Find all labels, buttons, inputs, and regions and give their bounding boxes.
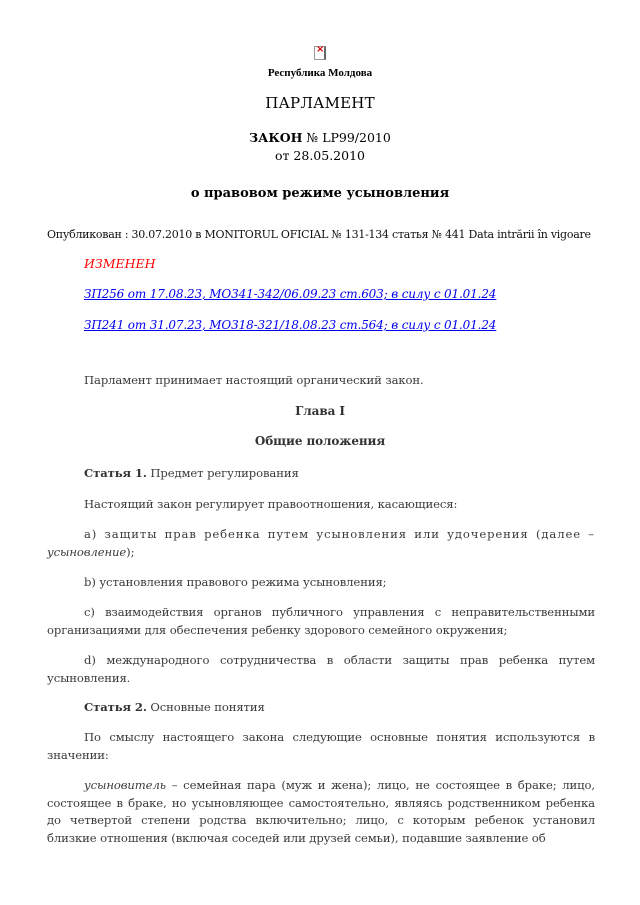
law-date: от 28.05.2010 [0, 148, 640, 163]
article-1-intro: Настоящий закон регулирует правоотношени… [47, 496, 595, 514]
chapter-title: Общие положения [0, 434, 640, 448]
amendment-link-1[interactable]: ЗП256 от 17.08.23, MO341-342/06.09.23 ст… [84, 287, 496, 301]
preamble: Парламент принимает настоящий органическ… [47, 372, 595, 390]
broken-image-icon [314, 46, 326, 60]
publication-info: Опубликован : 30.07.2010 в MONITORUL OFI… [47, 228, 591, 241]
issuing-body: ПАРЛАМЕНТ [0, 94, 640, 112]
chapter-number: Глава I [0, 404, 640, 418]
article-2-intro: По смыслу настоящего закона следующие ос… [47, 729, 595, 764]
law-number-value: № LP99/2010 [306, 130, 390, 145]
country-name: Республика Молдова [0, 67, 640, 79]
law-title: о правовом режиме усыновления [0, 186, 640, 201]
article-1-item-d: d) международного сотрудничества в облас… [47, 652, 595, 687]
term-adoption: усыновление [47, 545, 126, 559]
article-1-item-c: c) взаимодействия органов публичного упр… [47, 604, 595, 639]
article-1-title: Предмет регулирования [150, 466, 298, 480]
law-label: ЗАКОН [249, 130, 302, 145]
law-number: ЗАКОН № LP99/2010 [0, 130, 640, 145]
definition-adopter: усыновитель – семейная пара (муж и жена)… [47, 777, 595, 847]
term-adopter: усыновитель [84, 778, 166, 792]
article-1-item-a: a) защиты прав ребенка путем усыновления… [47, 526, 595, 561]
article-2-heading: Статья 2. Основные понятия [47, 699, 595, 717]
article-2-label: Статья 2. [84, 700, 147, 714]
article-2-title: Основные понятия [150, 700, 264, 714]
article-1-heading: Статья 1. Предмет регулирования [47, 465, 595, 483]
amended-status: ИЗМЕНЕН [84, 256, 156, 271]
article-1-label: Статья 1. [84, 466, 147, 480]
amendment-link-2[interactable]: ЗП241 от 31.07.23, MO318-321/18.08.23 ст… [84, 318, 496, 332]
article-1-item-b: b) установления правового режима усыновл… [47, 574, 595, 592]
